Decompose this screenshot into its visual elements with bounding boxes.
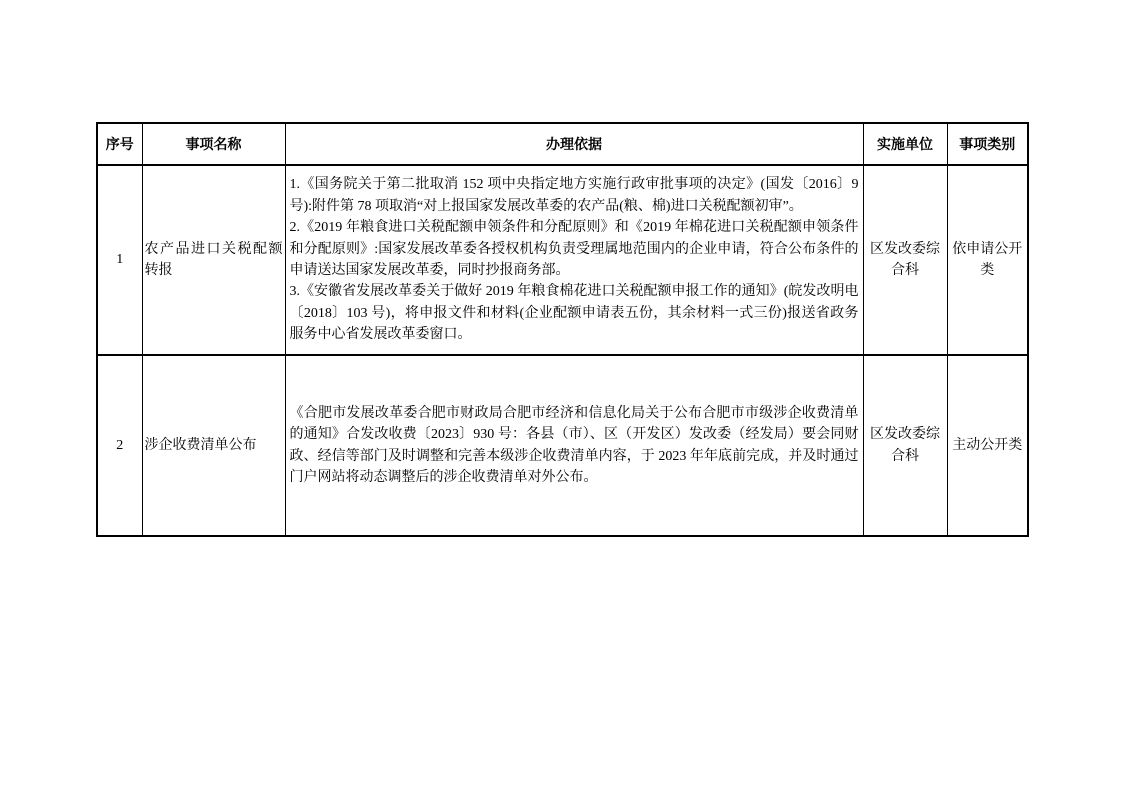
cell-unit: 区发改委综合科 xyxy=(863,355,947,536)
cell-item-name: 农产品进口关税配额转报 xyxy=(142,165,285,355)
basis-paragraph: 《合肥市发展改革委合肥市财政局合肥市经济和信息化局关于公布合肥市市级涉企收费清单… xyxy=(290,403,859,489)
basis-paragraph: 2.《2019 年粮食进口关税配额申领条件和分配原则》和《2019 年棉花进口关… xyxy=(290,217,859,281)
basis-paragraph: 1.《国务院关于第二批取消 152 项中央指定地方实施行政审批事项的决定》(国发… xyxy=(290,174,859,217)
cell-index: 2 xyxy=(97,355,142,536)
column-header-category: 事项类别 xyxy=(947,123,1028,165)
cell-unit: 区发改委综合科 xyxy=(863,165,947,355)
table-row: 2 涉企收费清单公布 《合肥市发展改革委合肥市财政局合肥市经济和信息化局关于公布… xyxy=(97,355,1028,536)
matters-table: 序号 事项名称 办理依据 实施单位 事项类别 1 农产品进口关税配额转报 1.《… xyxy=(96,122,1029,537)
cell-basis: 1.《国务院关于第二批取消 152 项中央指定地方实施行政审批事项的决定》(国发… xyxy=(285,165,863,355)
column-header-unit: 实施单位 xyxy=(863,123,947,165)
cell-category: 主动公开类 xyxy=(947,355,1028,536)
cell-basis: 《合肥市发展改革委合肥市财政局合肥市经济和信息化局关于公布合肥市市级涉企收费清单… xyxy=(285,355,863,536)
cell-item-name: 涉企收费清单公布 xyxy=(142,355,285,536)
table-row: 1 农产品进口关税配额转报 1.《国务院关于第二批取消 152 项中央指定地方实… xyxy=(97,165,1028,355)
column-header-basis: 办理依据 xyxy=(285,123,863,165)
column-header-index: 序号 xyxy=(97,123,142,165)
basis-paragraph: 3.《安徽省发展改革委关于做好 2019 年粮食棉花进口关税配额申报工作的通知》… xyxy=(290,281,859,345)
cell-category: 依申请公开类 xyxy=(947,165,1028,355)
column-header-name: 事项名称 xyxy=(142,123,285,165)
table-header-row: 序号 事项名称 办理依据 实施单位 事项类别 xyxy=(97,123,1028,165)
cell-index: 1 xyxy=(97,165,142,355)
